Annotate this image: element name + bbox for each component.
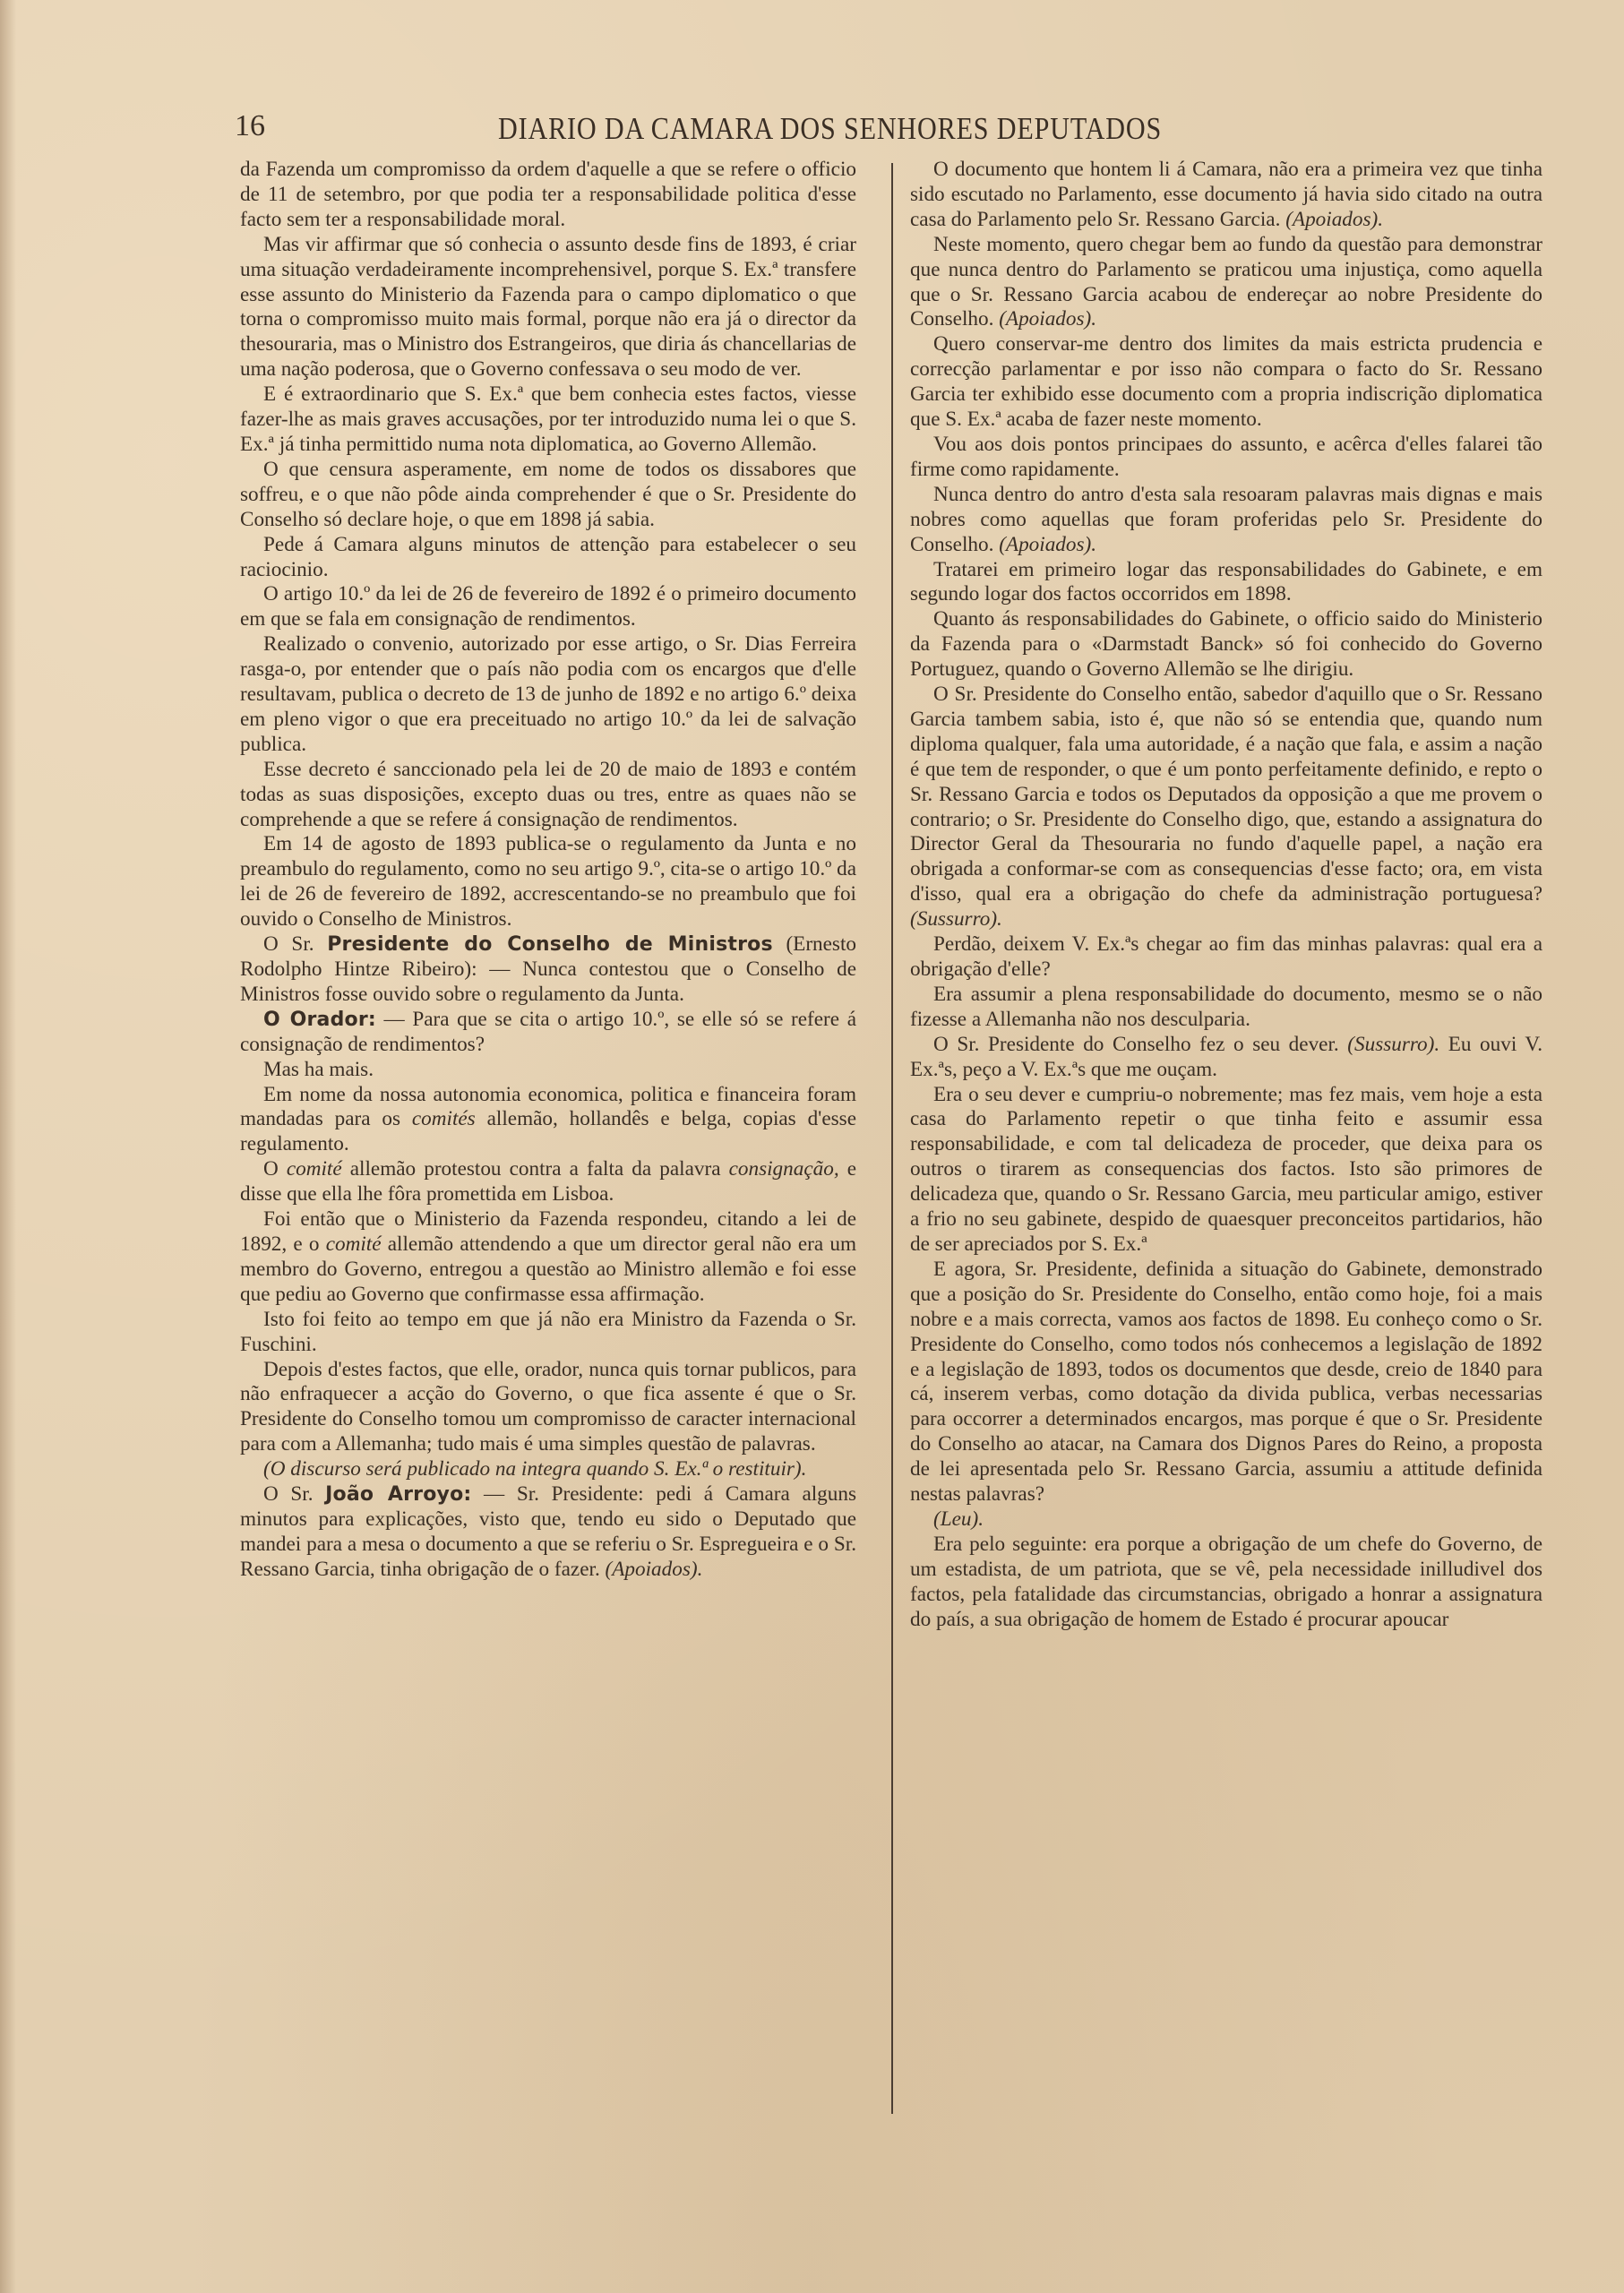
reaction-note: (Apoiados). — [999, 307, 1096, 331]
reaction-note: (Sussurro). — [910, 907, 1002, 931]
paragraph: Tratarei em primeiro logar das responsab… — [910, 558, 1542, 608]
page-number: 16 — [235, 109, 265, 143]
paragraph: Em 14 de agosto de 1893 publica-se o reg… — [240, 832, 856, 932]
left-column: da Fazenda um compromisso da ordem d'aqu… — [240, 158, 856, 1583]
speaker-name: O Orador: — [263, 1009, 376, 1031]
paragraph: Pede á Camara alguns minutos de attenção… — [240, 533, 856, 583]
paragraph: E agora, Sr. Presidente, definida a situ… — [910, 1258, 1542, 1507]
reaction-note: (Leu). — [910, 1507, 1542, 1533]
paragraph: O comité allemão protestou contra a falt… — [240, 1157, 856, 1207]
text: allemão protestou contra a falta da pala… — [342, 1157, 729, 1181]
paragraph: Quero conservar-me dentro dos limites da… — [910, 332, 1542, 433]
speaker-prefix: O Sr. — [263, 932, 327, 956]
paragraph: Vou aos dois pontos principaes do assunt… — [910, 433, 1542, 483]
text: O — [263, 1157, 287, 1181]
paragraph: Era o seu dever e cumpriu-o nobremente; … — [910, 1083, 1542, 1258]
paragraph: Era pelo seguinte: era porque a obrigaçã… — [910, 1533, 1542, 1633]
paragraph: O documento que hontem li á Camara, não … — [910, 158, 1542, 233]
speech-paragraph: O Sr. Presidente do Conselho de Ministro… — [240, 932, 856, 1008]
paragraph: Quanto ás responsabilidades do Gabinete,… — [910, 607, 1542, 683]
paragraph: Era assumir a plena responsabilidade do … — [910, 983, 1542, 1033]
right-column: O documento que hontem li á Camara, não … — [910, 158, 1542, 1632]
italic-term: comité — [287, 1157, 342, 1181]
speech-paragraph: O Orador: — Para que se cita o artigo 10… — [240, 1008, 856, 1058]
paragraph: Nunca dentro do antro d'esta sala resoar… — [910, 483, 1542, 558]
paragraph: Foi então que o Ministerio da Fazenda re… — [240, 1207, 856, 1308]
italic-term: comité — [326, 1232, 382, 1256]
paragraph: Esse decreto é sanccionado pela lei de 2… — [240, 758, 856, 833]
paragraph: O Sr. Presidente do Conselho então, sabe… — [910, 683, 1542, 932]
text: O Sr. Presidente do Conselho então, sabe… — [910, 683, 1542, 906]
reaction-note: (Apoiados). — [999, 533, 1096, 556]
page-header: 16 DIARIO DA CAMARA DOS SENHORES DEPUTAD… — [235, 109, 1381, 154]
paragraph: Mas vir affirmar que só conhecia o assun… — [240, 233, 856, 382]
reaction-note: (Apoiados). — [1285, 208, 1383, 231]
page-edge-shadow — [0, 0, 16, 2293]
speech-paragraph: O Sr. João Arroyo: — Sr. Presidente: ped… — [240, 1482, 856, 1583]
paragraph: Realizado o convenio, autorizado por ess… — [240, 632, 856, 758]
paragraph: E é extraordinario que S. Ex.ª que bem c… — [240, 382, 856, 458]
text: O Sr. Presidente do Conselho fez o seu d… — [933, 1033, 1347, 1056]
reaction-note: (Sussurro). — [1347, 1033, 1439, 1056]
paragraph: Perdão, deixem V. Ex.ªs chegar ao fim da… — [910, 932, 1542, 983]
paragraph: O artigo 10.º da lei de 26 de fevereiro … — [240, 582, 856, 632]
column-divider — [891, 163, 893, 2114]
journal-title: DIARIO DA CAMARA DOS SENHORES DEPUTADOS — [498, 111, 1162, 147]
paragraph: Mas ha mais. — [240, 1058, 856, 1083]
paragraph: O Sr. Presidente do Conselho fez o seu d… — [910, 1033, 1542, 1083]
speaker-prefix: O Sr. — [263, 1482, 325, 1506]
speaker-name: Presidente do Conselho de Ministros — [327, 933, 773, 956]
paragraph: Em nome da nossa autonomia economica, po… — [240, 1083, 856, 1158]
italic-term: comités — [412, 1107, 476, 1130]
paragraph: Isto foi feito ao tempo em que já não er… — [240, 1308, 856, 1358]
paragraph: O que censura asperamente, em nome de to… — [240, 458, 856, 533]
paragraph: Depois d'estes factos, que elle, orador,… — [240, 1358, 856, 1458]
editorial-note: (O discurso será publicado na integra qu… — [240, 1457, 856, 1482]
paragraph: Neste momento, quero chegar bem ao fundo… — [910, 233, 1542, 333]
italic-term: consignação, — [729, 1157, 839, 1181]
paragraph: da Fazenda um compromisso da ordem d'aqu… — [240, 158, 856, 233]
reaction-note: (Apoiados). — [606, 1558, 703, 1581]
text: O documento que hontem li á Camara, não … — [910, 158, 1542, 231]
speaker-name: João Arroyo: — [325, 1483, 471, 1506]
